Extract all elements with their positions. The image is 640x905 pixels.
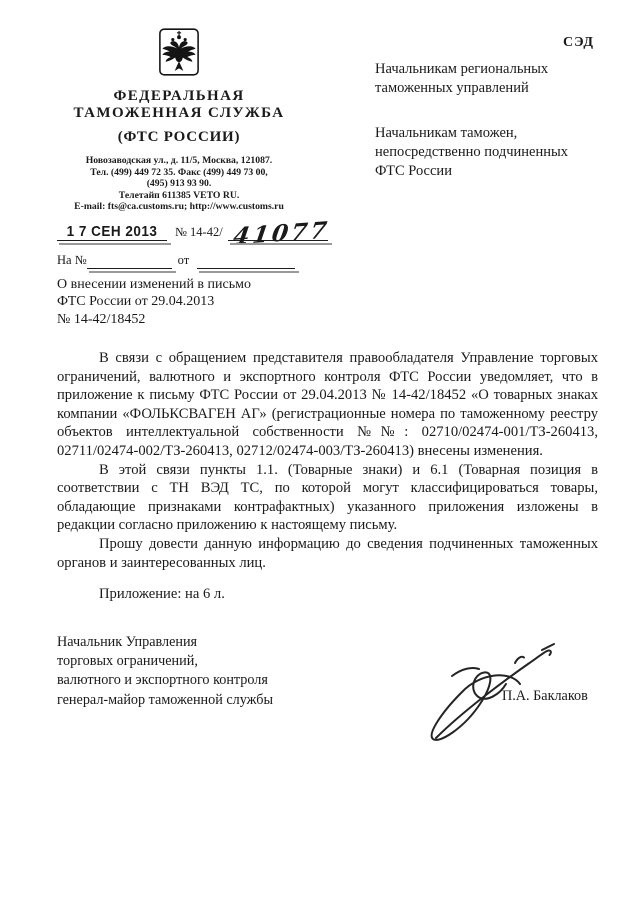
reply-date-field	[197, 268, 295, 269]
coat-of-arms-icon	[158, 28, 200, 76]
address-line-5: E-mail: fts@ca.customs.ru; http://www.cu…	[57, 201, 301, 213]
recipient-group-2: Начальникам таможен, непосредственно под…	[375, 124, 610, 181]
reference-block: 1 7 СЕН 2013 № 14-42/ 41077 На № от	[57, 220, 387, 269]
address-line-1: Новозаводская ул., д. 11/5, Москва, 1210…	[57, 155, 301, 167]
body-paragraph-3: Прошу довести данную информацию до сведе…	[57, 535, 598, 572]
signer-position-line: торговых ограничений,	[57, 652, 273, 671]
signer-position-line: валютного и экспортного контроля	[57, 671, 273, 690]
recipient-line: таможенных управлений	[375, 79, 610, 98]
body-paragraph-1: В связи с обращением представителя право…	[57, 349, 598, 461]
subject-line: О внесении изменений в письмо	[57, 276, 251, 293]
recipients-block: Начальникам региональных таможенных упра…	[375, 60, 610, 181]
outgoing-number-field: 41077	[228, 219, 328, 241]
document-page: СЭД ФЕДЕРАЛЬНАЯ ТАМОЖЕННАЯ СЛУЖБА (ФТС Р…	[0, 0, 640, 905]
handwritten-number: 41077	[231, 219, 330, 249]
from-label: от	[178, 253, 190, 269]
signer-name: П.А. Баклаков	[502, 688, 588, 705]
recipient-line: непосредственно подчиненных	[375, 143, 610, 162]
signer-position-block: Начальник Управления торговых ограничени…	[57, 633, 273, 710]
reply-to-label: На №	[57, 253, 87, 269]
incoming-reference-row: На № от	[57, 248, 387, 269]
recipient-line: Начальникам таможен,	[375, 124, 610, 143]
subject-line: № 14-42/18452	[57, 311, 251, 328]
org-name-line3: (ФТС РОССИИ)	[57, 129, 301, 146]
address-line-3: (495) 913 93 90.	[57, 178, 301, 190]
sed-label: СЭД	[563, 35, 594, 51]
date-stamp: 1 7 СЕН 2013	[67, 223, 158, 239]
subject-block: О внесении изменений в письмо ФТС России…	[57, 276, 251, 328]
signer-position-line: генерал-майор таможенной службы	[57, 691, 273, 710]
address-line-2: Тел. (499) 449 72 35. Факс (499) 449 73 …	[57, 167, 301, 179]
attachment-note: Приложение: на 6 л.	[57, 585, 598, 604]
outgoing-date-field: 1 7 СЕН 2013	[57, 224, 167, 241]
letterhead: ФЕДЕРАЛЬНАЯ ТАМОЖЕННАЯ СЛУЖБА (ФТС РОССИ…	[57, 28, 301, 213]
recipient-line: ФТС России	[375, 162, 610, 181]
recipient-group-1: Начальникам региональных таможенных упра…	[375, 60, 610, 98]
subject-line: ФТС России от 29.04.2013	[57, 293, 251, 310]
outgoing-number-prefix: № 14-42/	[175, 225, 223, 241]
letterhead-address: Новозаводская ул., д. 11/5, Москва, 1210…	[57, 155, 301, 213]
body-paragraph-2: В этой связи пункты 1.1. (Товарные знаки…	[57, 461, 598, 535]
address-line-4: Телетайп 611385 VETO RU.	[57, 190, 301, 202]
recipient-line: Начальникам региональных	[375, 60, 610, 79]
org-name-line1: ФЕДЕРАЛЬНАЯ	[57, 88, 301, 105]
reply-number-field	[87, 268, 172, 269]
outgoing-reference-row: 1 7 СЕН 2013 № 14-42/ 41077	[57, 220, 387, 241]
letter-body: В связи с обращением представителя право…	[57, 349, 598, 604]
signer-position-line: Начальник Управления	[57, 633, 273, 652]
org-name-line2: ТАМОЖЕННАЯ СЛУЖБА	[57, 105, 301, 122]
